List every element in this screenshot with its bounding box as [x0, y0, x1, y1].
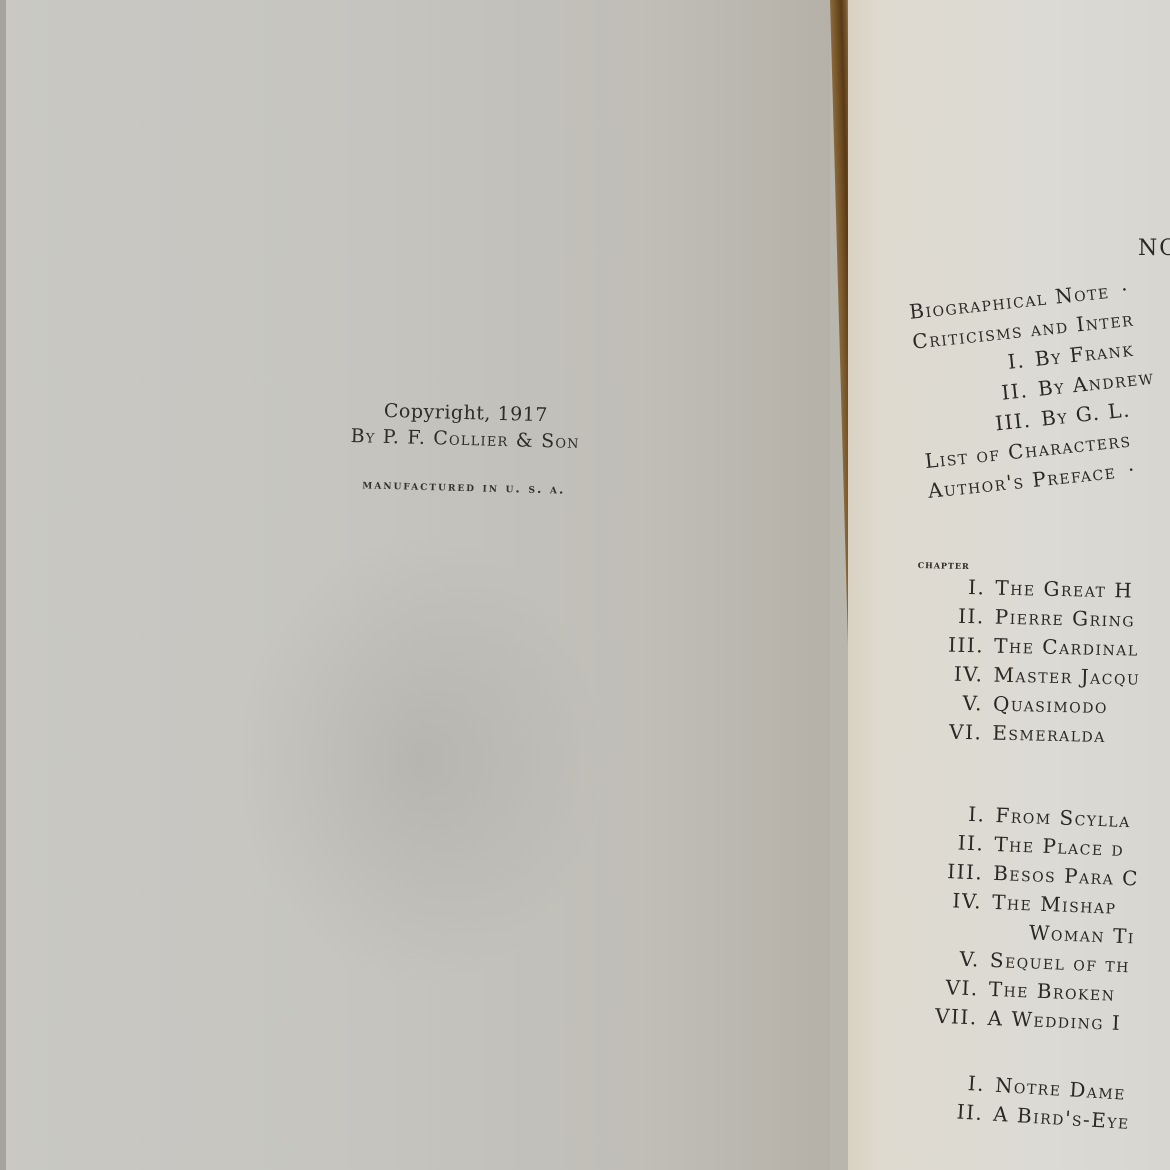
entry-number: I. — [1006, 347, 1036, 374]
left-page-copyright: Copyright, 1917 By P. F. Collier & Son m… — [0, 0, 830, 1170]
manufactured-line: manufactured in u. s. a. — [299, 476, 629, 500]
entry-title: Master Jacqu — [993, 663, 1140, 690]
leader-dot: · — [1120, 277, 1130, 302]
book-three-chapters: I.Notre Dame II.A Bird's-Eye — [914, 1068, 1170, 1152]
entry-number: III. — [948, 633, 995, 658]
entry-number: III. — [947, 859, 994, 885]
table-of-contents: NC Biographical Note· Criticisms and Int… — [848, 0, 1170, 1170]
toc-entry: VI.Esmeralda — [914, 719, 1170, 757]
entry-title: The Broken — [988, 977, 1116, 1006]
copyright-block: Copyright, 1917 By P. F. Collier & Son m… — [299, 396, 631, 500]
entry-number: IV. — [954, 662, 994, 687]
entry-title: Quasimodo — [993, 692, 1108, 718]
entry-number: VII. — [935, 1004, 988, 1030]
entry-number: III. — [994, 407, 1042, 436]
entry-title: The Place d — [994, 832, 1125, 861]
entry-number: VI. — [949, 720, 993, 745]
entry-title: Pierre Gring — [995, 605, 1136, 632]
entry-title: Besos Para C — [993, 861, 1140, 891]
book-one-chapters: chapter I.The Great H II.Pierre Gring II… — [914, 558, 1170, 757]
leader-dot: · — [1127, 457, 1137, 482]
entry-number: I. — [967, 1071, 996, 1097]
entry-number: I. — [968, 575, 996, 600]
entry-title: The Great H — [995, 576, 1133, 603]
entry-title: Sequel of th — [989, 948, 1130, 977]
contents-heading: NC — [1138, 236, 1170, 261]
entry-title: A Wedding I — [987, 1006, 1122, 1035]
entry-number: II. — [956, 1099, 994, 1125]
entry-number: II. — [958, 604, 995, 629]
entry-number: VI. — [945, 975, 989, 1001]
entry-title: The Mishap — [992, 890, 1117, 919]
right-page-contents: NC Biographical Note· Criticisms and Int… — [848, 0, 1170, 1170]
entry-title: Woman Ti — [1029, 920, 1136, 948]
front-matter-list: Biographical Note· Criticisms and Inter … — [908, 258, 1170, 509]
entry-number: II. — [957, 831, 995, 856]
entry-number: IV. — [952, 888, 993, 914]
entry-title: The Cardinal — [994, 634, 1139, 661]
entry-number: V. — [962, 691, 993, 716]
entry-title: Notre Dame — [994, 1073, 1126, 1105]
book-two-chapters: I.From Scylla II.The Place d III.Besos P… — [909, 800, 1170, 1048]
entry-title: From Scylla — [995, 803, 1131, 832]
entry-number: V. — [959, 947, 990, 972]
entry-number: I. — [968, 802, 996, 827]
entry-title: Esmeralda — [992, 721, 1106, 747]
entry-number: II. — [1000, 377, 1039, 405]
